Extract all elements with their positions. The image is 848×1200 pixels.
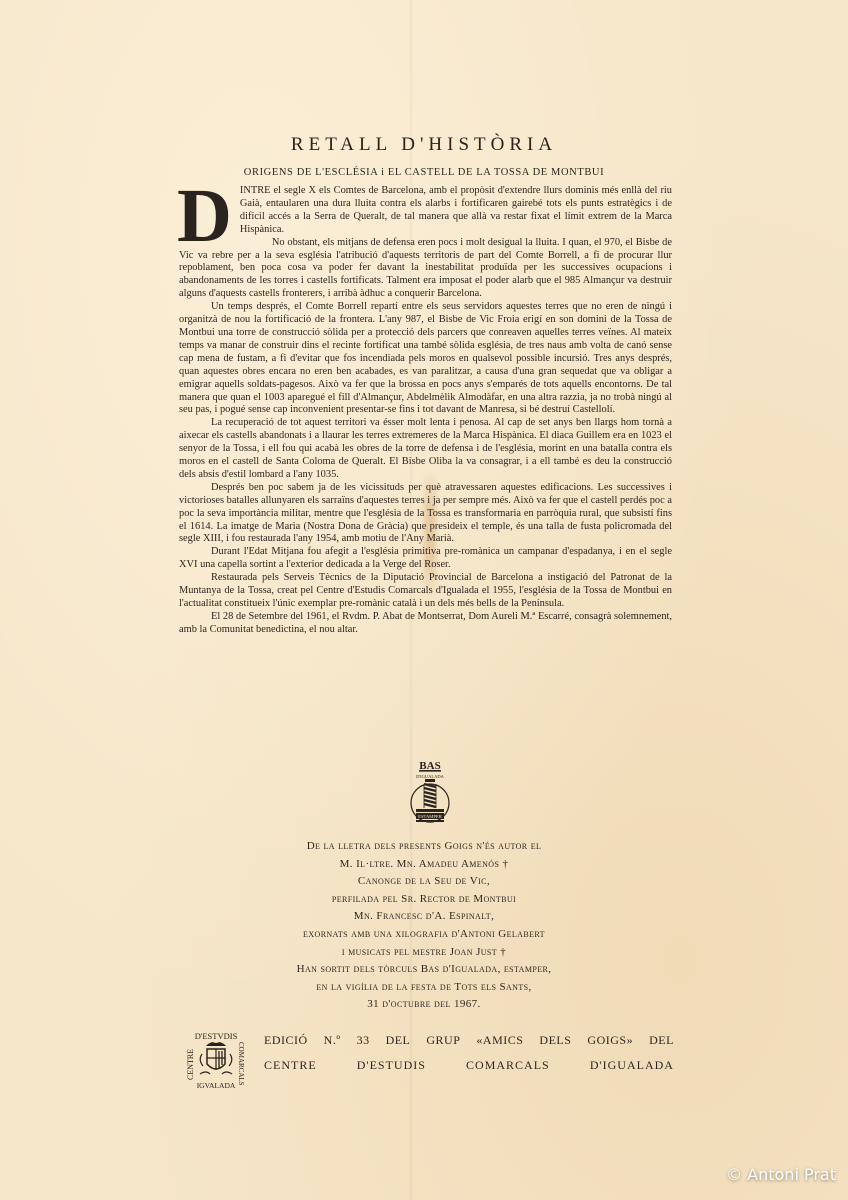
colophon-line: De la lletra dels presents Goigs n'és au…	[0, 838, 848, 856]
colophon-line: i musicats pel mestre Joan Just †	[0, 944, 848, 962]
colophon-line: Han sortit dels tòrculs Bas d'Igualada, …	[0, 961, 848, 979]
colophon-line: Mn. Francesc d'A. Espinalt,	[0, 908, 848, 926]
footer-word: D'IGUALADA	[590, 1058, 674, 1073]
page-subtitle: ORIGENS DE L'ESCLÉSIA i EL CASTELL DE LA…	[0, 167, 848, 178]
svg-text:IGVALADA: IGVALADA	[197, 1081, 236, 1090]
footer-word: GRUP	[426, 1033, 460, 1048]
footer-word: 33	[357, 1033, 370, 1048]
footer-word: D'ESTUDIS	[357, 1058, 426, 1073]
coat-of-arms-icon: D'ESTVDIS IGVALADA CENTRE COMARCALS	[186, 1030, 246, 1090]
footer-word: N.º	[324, 1033, 341, 1048]
page-title: RETALL D'HISTÒRIA	[0, 134, 848, 156]
svg-text:CENTRE: CENTRE	[186, 1049, 195, 1080]
paragraph: Després ben poc sabem ja de les vicissit…	[179, 482, 672, 547]
paragraph: Durant l'Edat Mitjana fou afegit a l'esg…	[179, 546, 672, 572]
paragraph: El 28 de Setembre del 1961, el Rvdm. P. …	[179, 611, 672, 637]
paragraph: Restaurada pels Serveis Tècnics de la Di…	[179, 572, 672, 611]
svg-text:D'ESTVDIS: D'ESTVDIS	[195, 1031, 238, 1041]
paragraph: Un temps després, el Comte Borrell repar…	[179, 301, 672, 417]
colophon-line: Canonge de la Seu de Vic,	[0, 873, 848, 891]
colophon-line: exornats amb una xilografia d'Antoni Gel…	[0, 926, 848, 944]
footer-word: «AMICS	[476, 1033, 523, 1048]
footer-word: DEL	[649, 1033, 674, 1048]
printer-mark-logo: BAS D'IGUALADA ESTAMPER	[400, 758, 460, 838]
printing-press-icon: BAS D'IGUALADA ESTAMPER	[400, 758, 460, 838]
drop-cap: D	[177, 188, 232, 244]
footer-word: EDICIÓ	[264, 1033, 308, 1048]
edition-line: EDICIÓN.º33DELGRUP«AMICSDELSGOIGS»DEL	[264, 1033, 674, 1048]
paragraph-text: INTRE el segle X els Comtes de Barcelona…	[240, 185, 672, 235]
centre-estudis-emblem: D'ESTVDIS IGVALADA CENTRE COMARCALS	[186, 1030, 246, 1090]
colophon-line: M. Il·ltre. Mn. Amadeu Amenós †	[0, 856, 848, 874]
colophon-line: 31 d'octubre del 1967.	[0, 996, 848, 1014]
footer-word: CENTRE	[264, 1058, 317, 1073]
footer-word: DEL	[386, 1033, 411, 1048]
copyright-watermark: © Antoni Prat	[726, 1165, 836, 1184]
paragraph: D INTRE el segle X els Comtes de Barcelo…	[179, 185, 672, 237]
article-body: D INTRE el segle X els Comtes de Barcelo…	[179, 185, 672, 637]
colophon: De la lletra dels presents Goigs n'és au…	[0, 838, 848, 1014]
edition-footer: EDICIÓN.º33DELGRUP«AMICSDELSGOIGS»DEL CE…	[264, 1033, 674, 1073]
svg-text:ESTAMPER: ESTAMPER	[418, 814, 443, 819]
svg-text:COMARCALS: COMARCALS	[237, 1042, 245, 1086]
colophon-line: en la vigília de la festa de Tots els Sa…	[0, 979, 848, 997]
footer-word: GOIGS»	[587, 1033, 633, 1048]
svg-text:D'IGUALADA: D'IGUALADA	[416, 774, 445, 779]
publisher-line: CENTRED'ESTUDISCOMARCALSD'IGUALADA	[264, 1058, 674, 1073]
footer-word: DELS	[539, 1033, 571, 1048]
paragraph: La recuperació de tot aquest territori v…	[179, 417, 672, 482]
paragraph: No obstant, els mitjans de defensa eren …	[179, 237, 672, 302]
colophon-line: perfilada pel Sr. Rector de Montbui	[0, 891, 848, 909]
svg-text:BAS: BAS	[419, 760, 440, 772]
footer-word: COMARCALS	[466, 1058, 550, 1073]
